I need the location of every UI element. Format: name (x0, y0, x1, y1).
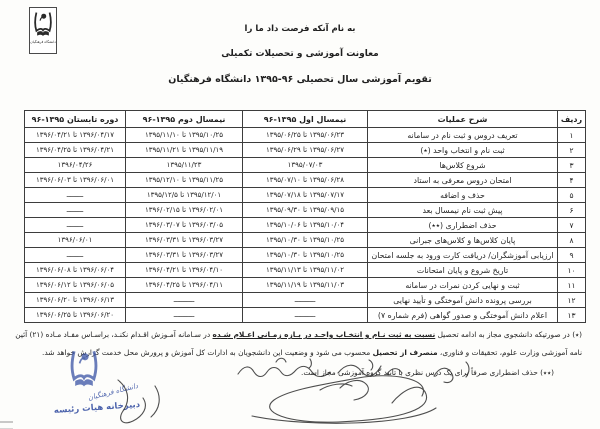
table-row: ۴امتحان دروس معرفی به استاد۱۳۹۵/۰۶/۲۸ تا… (25, 173, 586, 188)
summer-date-cell: ۱۳۹۶/۰۶/۱۳ تا ۱۳۹۶/۰۶/۲۰ (25, 293, 126, 308)
sem1-date-cell: ۱۳۹۵/۰۹/۱۵ تا ۱۳۹۵/۰۹/۳۰ (243, 203, 368, 218)
sem2-date-cell: ۱۳۹۶/۰۳/۰۵ تا ۱۳۹۶/۰۳/۰۷ (126, 218, 243, 233)
col-header-summer: دوره تابستان ۱۳۹۵-۹۶ (25, 111, 126, 128)
sem1-date-cell: ۱۳۹۵/۰۶/۲۳ تا ۱۳۹۵/۰۶/۲۵ (243, 128, 368, 143)
table-row: ۱۳اعلام دانش آموختگی و صدور گواهی (فرم ش… (25, 308, 586, 323)
sem1-date-cell: ۱۳۹۵/۱۱/۰۲ تا ۱۳۹۵/۱۱/۱۳ (243, 263, 368, 278)
row-number-cell: ۱ (558, 128, 586, 143)
operation-cell: حذف اضطراری (٭٭) (368, 218, 558, 233)
summer-date-cell: ۱۳۹۶/۰۶/۰۱ تا ۱۳۹۶/۰۶/۰۳ (25, 173, 126, 188)
summer-date-cell: ۱۳۹۶/۰۶/۰۴ تا ۱۳۹۶/۰۶/۰۸ (25, 263, 126, 278)
summer-date-cell: ــــــــ (25, 218, 126, 233)
academic-calendar-table: ردیف شرح عملیات نیمسال اول ۱۳۹۵-۹۶ نیمسا… (24, 110, 586, 323)
operation-cell: ثبت و نهایی کردن نمرات در سامانه (368, 278, 558, 293)
sem2-date-cell: ۱۳۹۶/۰۴/۱۰ تا ۱۳۹۶/۰۴/۲۱ (126, 263, 243, 278)
summer-date-cell: ۱۳۹۶/۰۴/۱۷ تا ۱۳۹۶/۰۴/۲۱ (25, 128, 126, 143)
operation-cell: ارزیابی آموزشگران/ دریافت کارت ورود به ج… (368, 248, 558, 263)
footnote-2: (٭٭) حذف اضطراری صرفاً برای یک درس نظری … (14, 364, 582, 382)
besmele-line: به نام آنکه فرصت داد ما را (0, 24, 600, 34)
sem2-date-cell: ۱۳۹۶/۰۳/۲۷ تا ۱۳۹۶/۰۳/۳۱ (126, 233, 243, 248)
summer-date-cell: ۱۳۹۶/۰۶/۰۵ تا ۱۳۹۶/۰۶/۱۲ (25, 278, 126, 293)
table-row: ۵حذف و اضافه۱۳۹۵/۰۷/۱۷ تا ۱۳۹۵/۰۷/۱۸۱۳۹۵… (25, 188, 586, 203)
footnotes: (٭) در صورتیکه دانشجوی مجاز به ادامه تحص… (14, 326, 582, 382)
table-row: ۶پیش ثبت نام نیمسال بعد۱۳۹۵/۰۹/۱۵ تا ۱۳۹… (25, 203, 586, 218)
summer-date-cell: ــــــــ (25, 248, 126, 263)
summer-date-cell: ۱۳۹۶/۰۴/۲۱ تا ۱۳۹۶/۰۴/۲۵ (25, 143, 126, 158)
sem1-date-cell: ۱۳۹۵/۱۰/۰۴ تا ۱۳۹۵/۱۰/۰۶ (243, 218, 368, 233)
sem1-date-cell: ــــــــــ (243, 308, 368, 323)
row-number-cell: ۹ (558, 248, 586, 263)
sem1-date-cell: ۱۳۹۵/۱۰/۲۵ تا ۱۳۹۵/۱۰/۳۰ (243, 233, 368, 248)
operation-cell: پایان کلاس‌ها و کلاس‌های جبرانی (368, 233, 558, 248)
operation-cell: ثبت نام و انتخاب واحد (٭) (368, 143, 558, 158)
sem1-date-cell: ــــــــــ (243, 293, 368, 308)
row-number-cell: ۳ (558, 158, 586, 173)
table-row: ۸پایان کلاس‌ها و کلاس‌های جبرانی۱۳۹۵/۱۰/… (25, 233, 586, 248)
row-number-cell: ۸ (558, 233, 586, 248)
sem2-date-cell: ۱۳۹۵/۱۱/۱۹ تا ۱۳۹۵/۱۱/۲۱ (126, 143, 243, 158)
document-page: دانشگاه فرهنگیان به نام آنکه فرصت داد ما… (0, 0, 600, 429)
summer-date-cell: ــــــــ (25, 188, 126, 203)
operation-cell: امتحان دروس معرفی به استاد (368, 173, 558, 188)
sem1-date-cell: ۱۳۹۵/۱۰/۲۵ تا ۱۳۹۵/۱۰/۳۰ (243, 248, 368, 263)
summer-date-cell: ۱۳۹۶/۰۶/۲۰ تا ۱۳۹۶/۰۶/۲۵ (25, 308, 126, 323)
operation-cell: پیش ثبت نام نیمسال بعد (368, 203, 558, 218)
row-number-cell: ۵ (558, 188, 586, 203)
footnote-1-text: (٭) در صورتیکه دانشجوی مجاز به ادامه تحص… (435, 330, 582, 339)
footnote-1-bold: منصرف از تحصیل (373, 348, 438, 357)
footnote-2-text: (٭٭) حذف اضطراری صرفاً برای یک درس نظری … (301, 364, 554, 382)
sem2-date-cell: ۱۳۹۵/۱۰/۲۵ تا ۱۳۹۵/۱۱/۱۰ (126, 128, 243, 143)
sem1-date-cell: ۱۳۹۵/۰۷/۰۳ (243, 158, 368, 173)
table-row: ۷حذف اضطراری (٭٭)۱۳۹۵/۱۰/۰۴ تا ۱۳۹۵/۱۰/۰… (25, 218, 586, 233)
operation-cell: شروع کلاس‌ها (368, 158, 558, 173)
table-row: ۱۱ثبت و نهایی کردن نمرات در سامانه۱۳۹۵/۱… (25, 278, 586, 293)
operation-cell: اعلام دانش آموختگی و صدور گواهی (فرم شما… (368, 308, 558, 323)
col-header-row-number: ردیف (558, 111, 586, 128)
row-number-cell: ۱۳ (558, 308, 586, 323)
row-number-cell: ۲ (558, 143, 586, 158)
table-row: ۱تعریف دروس و ثبت نام در سامانه۱۳۹۵/۰۶/۲… (25, 128, 586, 143)
sem1-date-cell: ۱۳۹۵/۱۱/۰۳ تا ۱۳۹۵/۱۱/۱۹ (243, 278, 368, 293)
sem1-date-cell: ۱۳۹۵/۰۶/۲۷ تا ۱۳۹۵/۰۶/۲۹ (243, 143, 368, 158)
university-logo-caption: دانشگاه فرهنگیان (30, 40, 56, 44)
row-number-cell: ۱۲ (558, 293, 586, 308)
table-row: ۲ثبت نام و انتخاب واحد (٭)۱۳۹۵/۰۶/۲۷ تا … (25, 143, 586, 158)
row-number-cell: ۱۰ (558, 263, 586, 278)
summer-date-cell: ــــــــ (25, 203, 126, 218)
sem1-date-cell: ۱۳۹۵/۰۶/۲۸ تا ۱۳۹۵/۰۷/۱۰ (243, 173, 368, 188)
footnote-1: (٭) در صورتیکه دانشجوی مجاز به ادامه تحص… (14, 326, 582, 362)
summer-date-cell: ۱۳۹۶/۰۴/۲۶ (25, 158, 126, 173)
operation-cell: بررسی پرونده دانش آموختگی و تأیید نهایی (368, 293, 558, 308)
summer-date-cell: ۱۳۹۶/۰۶/۰۱ (25, 233, 126, 248)
table-row: ۳شروع کلاس‌ها۱۳۹۵/۰۷/۰۳۱۳۹۵/۱۱/۲۳۱۳۹۶/۰۴… (25, 158, 586, 173)
row-number-cell: ۴ (558, 173, 586, 188)
footnote-1-text: محسوب می شود و وضعیت این دانشجویان به اد… (42, 348, 373, 357)
sem2-date-cell: ۱۳۹۶/۰۲/۰۱ تا ۱۳۹۶/۰۲/۱۵ (126, 203, 243, 218)
sem2-date-cell: ۱۳۹۵/۱۱/۲۵ تا ۱۳۹۵/۱۲/۱۰ (126, 173, 243, 188)
sem1-date-cell: ۱۳۹۵/۰۷/۱۷ تا ۱۳۹۵/۰۷/۱۸ (243, 188, 368, 203)
row-number-cell: ۷ (558, 218, 586, 233)
operation-cell: تاریخ شروع و پایان امتحانات (368, 263, 558, 278)
sem2-date-cell: ۱۳۹۶/۰۴/۱۱ تا ۱۳۹۶/۰۴/۲۵ (126, 278, 243, 293)
table-header-row: ردیف شرح عملیات نیمسال اول ۱۳۹۵-۹۶ نیمسا… (25, 111, 586, 128)
sem2-date-cell: ــــــــــ (126, 308, 243, 323)
col-header-sem1: نیمسال اول ۱۳۹۵-۹۶ (243, 111, 368, 128)
operation-cell: تعریف دروس و ثبت نام در سامانه (368, 128, 558, 143)
department-line: معاونت آموزشی و تحصیلات تکمیلی (0, 49, 600, 59)
table-row: ۱۲بررسی پرونده دانش آموختگی و تأیید نهای… (25, 293, 586, 308)
col-header-operation: شرح عملیات (368, 111, 558, 128)
table-row: ۱۰تاریخ شروع و پایان امتحانات۱۳۹۵/۱۱/۰۲ … (25, 263, 586, 278)
scan-corner-mark (0, 421, 13, 429)
row-number-cell: ۱۱ (558, 278, 586, 293)
sem2-date-cell: ــــــــــ (126, 293, 243, 308)
footnote-1-underlined: نسبت به ثبت نـام و انتخـاب واحـد در بـاز… (213, 330, 436, 339)
stamp-secretariat-label: دبیرخانه هیات رئیسه (42, 399, 152, 417)
col-header-sem2: نیمسال دوم ۱۳۹۵-۹۶ (126, 111, 243, 128)
row-number-cell: ۶ (558, 203, 586, 218)
sem2-date-cell: ۱۳۹۵/۱۱/۲۳ (126, 158, 243, 173)
sem2-date-cell: ۱۳۹۵/۱۲/۰۱ تا ۱۳۹۵/۱۲/۵ (126, 188, 243, 203)
sem2-date-cell: ۱۳۹۶/۰۳/۲۷ تا ۱۳۹۶/۰۳/۳۱ (126, 248, 243, 263)
page-title: تقویم آموزشی سال تحصیلی ۹۶-۱۳۹۵ دانشگاه … (0, 74, 600, 85)
table-row: ۹ارزیابی آموزشگران/ دریافت کارت ورود به … (25, 248, 586, 263)
operation-cell: حذف و اضافه (368, 188, 558, 203)
